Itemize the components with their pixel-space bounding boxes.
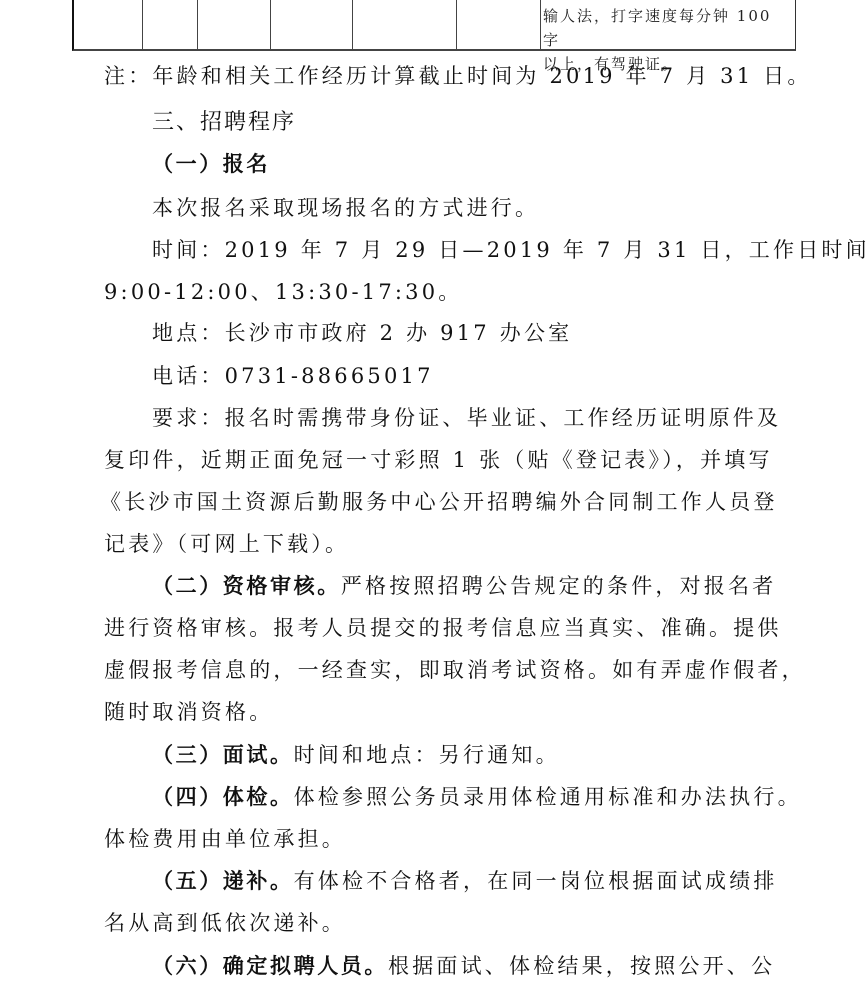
subsection-title-substitute: （五）递补。 [152, 868, 294, 893]
paragraph-qualification-cont: 随时取消资格。 [104, 697, 273, 727]
paragraph-phone: 电话：0731-88665017 [152, 361, 434, 391]
paragraph-text: 体检参照公务员录用体检通用标准和办法执行。 [294, 785, 802, 809]
subsection-title-medical: （四）体检。 [152, 784, 294, 809]
paragraph-medical-cont: 体检费用由单位承担。 [104, 824, 346, 854]
subsection-title-confirm: （六）确定拟聘人员。 [152, 953, 388, 978]
table-column-divider [456, 0, 457, 49]
paragraph: 本次报名采取现场报名的方式进行。 [152, 193, 539, 223]
cell-line: 输人法，打字速度每分钟 100 字 [543, 4, 793, 52]
table-column-divider [197, 0, 198, 49]
subsection-title-qualification: （二）资格审核。 [152, 573, 341, 598]
paragraph-confirm: （六）确定拟聘人员。根据面试、体检结果，按照公开、公 [152, 951, 775, 981]
note-text: 注：年龄和相关工作经历计算截止时间为 2019 年 7 月 31 日。 [104, 61, 812, 91]
paragraph-medical: （四）体检。体检参照公务员录用体检通用标准和办法执行。 [152, 782, 802, 812]
paragraph-qualification-cont: 虚假报考信息的，一经查实，即取消考试资格。如有弄虚作假者， [104, 655, 806, 685]
paragraph-substitute: （五）递补。有体检不合格者，在同一岗位根据面试成绩排 [152, 866, 778, 896]
paragraph-requirements: 要求：报名时需携带身份证、毕业证、工作经历证明原件及 [152, 403, 781, 433]
paragraph-time: 时间：2019 年 7 月 29 日—2019 年 7 月 31 日，工作日时间… [152, 235, 868, 265]
table-column-divider [142, 0, 143, 49]
paragraph-text: 根据面试、体检结果，按照公开、公 [388, 954, 775, 978]
paragraph-substitute-cont: 名从高到低依次递补。 [104, 908, 346, 938]
subsection-title-registration: （一）报名 [152, 149, 270, 179]
paragraph-qualification-cont: 进行资格审核。报考人员提交的报考信息应当真实、准确。提供 [104, 613, 782, 643]
paragraph-interview: （三）面试。时间和地点：另行通知。 [152, 740, 560, 770]
paragraph-requirements-cont: 复印件，近期正面免冠一寸彩照 1 张（贴《登记表》），并填写 [104, 445, 773, 475]
table-column-divider [352, 0, 353, 49]
section-heading: 三、招聘程序 [152, 108, 296, 138]
paragraph-qualification: （二）资格审核。严格按照招聘公告规定的条件，对报名者 [152, 571, 776, 601]
paragraph-text: 有体检不合格者，在同一岗位根据面试成绩排 [294, 869, 778, 893]
paragraph-place: 地点：长沙市市政府 2 办 917 办公室 [152, 318, 572, 348]
paragraph-text: 严格按照招聘公告规定的条件，对报名者 [341, 574, 777, 598]
table-column-divider [540, 0, 541, 49]
subsection-title-interview: （三）面试。 [152, 742, 294, 767]
paragraph-requirements-cont: 记表》（可网上下载）。 [104, 529, 349, 559]
paragraph-time-cont: 9:00-12:00、13:30-17:30。 [104, 277, 463, 307]
table-column-divider [270, 0, 271, 49]
paragraph-text: 时间和地点：另行通知。 [294, 743, 560, 767]
paragraph-requirements-cont: 《长沙市国土资源后勤服务中心公开招聘编外合同制工作人员登 [100, 487, 778, 517]
